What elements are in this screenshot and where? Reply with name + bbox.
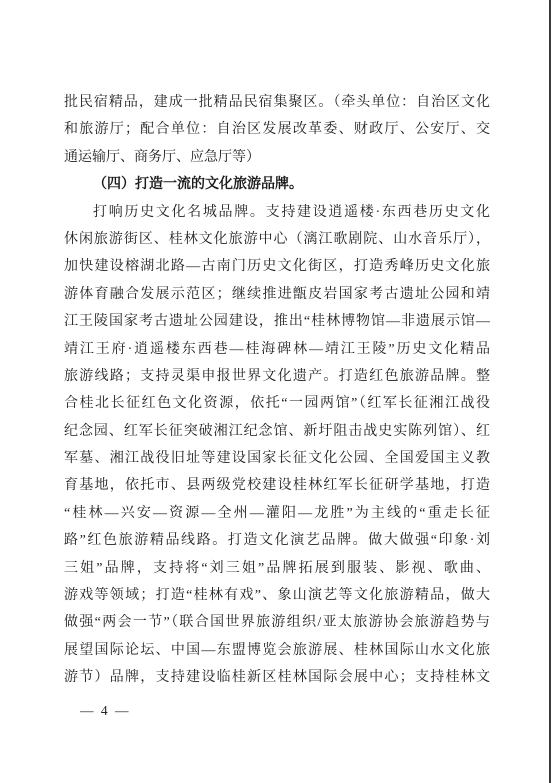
- text-line: “桂林—兴安—资源—全州—灌阳—龙胜”为主线的“重走长征: [64, 500, 490, 527]
- text-line: 做强“两会一节”（联合国世界旅游组织/亚太旅游协会旅游趋势与: [64, 609, 490, 636]
- text-line: 靖江王府·逍遥楼东西巷—桂海碑林—靖江王陵”历史文化精品: [64, 336, 490, 363]
- text-line: 育基地，依托市、县两级党校建设桂林红军长征研学基地，打造: [64, 472, 490, 499]
- text-line: 军墓、湘江战役旧址等建设国家长征文化公园、全国爱国主义教: [64, 445, 490, 472]
- page-footer: — 4 —: [80, 701, 131, 721]
- text-line: 三姐”品牌，支持将“刘三姐”品牌拓展到服装、影视、歌曲、: [64, 555, 490, 582]
- text-line: 江王陵国家考古遗址公园建设，推出“桂林博物馆—非遗展示馆—: [64, 308, 490, 335]
- text-line: 游戏等领域；打造“桂林有戏”、象山演艺等文化旅游精品，做大: [64, 582, 490, 609]
- scan-edge-line: [549, 0, 551, 783]
- text-line: 展望国际论坛、中国—东盟博览会旅游展、桂林国际山水文化旅: [64, 637, 490, 664]
- page-number: — 4 —: [80, 703, 131, 718]
- text-line: 加快建设榕湖北路—古南门历史文化街区，打造秀峰历史文化旅: [64, 253, 490, 280]
- text-line: 通运输厅、商务厅、应急厅等）: [64, 144, 490, 171]
- text-line: 纪念园、红军长征突破湘江纪念馆、新圩阻击战史实陈列馆）、红: [64, 418, 490, 445]
- document-body: 批民宿精品，建成一批精品民宿集聚区。（牵头单位：自治区文化 和旅游厅；配合单位：…: [64, 89, 490, 692]
- text-line: 旅游线路；支持灵渠申报世界文化遗产。打造红色旅游品牌。整: [64, 363, 490, 390]
- text-line: 游体育融合发展示范区；继续推进甑皮岩国家考古遗址公园和靖: [64, 281, 490, 308]
- text-line: 休闲旅游街区、桂林文化旅游中心（漓江歌剧院、山水音乐厅），: [64, 226, 490, 253]
- text-line: 游节）品牌，支持建设临桂新区桂林国际会展中心；支持桂林文: [64, 664, 490, 691]
- section-heading: （四）打造一流的文化旅游品牌。: [64, 171, 490, 198]
- document-page: 批民宿精品，建成一批精品民宿集聚区。（牵头单位：自治区文化 和旅游厅；配合单位：…: [0, 0, 554, 783]
- text-line: 打响历史文化名城品牌。支持建设逍遥楼·东西巷历史文化: [64, 199, 490, 226]
- text-line: 路”红色旅游精品线路。打造文化演艺品牌。做大做强“印象·刘: [64, 527, 490, 554]
- text-line: 和旅游厅；配合单位：自治区发展改革委、财政厅、公安厅、交: [64, 116, 490, 143]
- text-line: 批民宿精品，建成一批精品民宿集聚区。（牵头单位：自治区文化: [64, 89, 490, 116]
- text-line: 合桂北长征红色文化资源，依托“一园两馆”（红军长征湘江战役: [64, 390, 490, 417]
